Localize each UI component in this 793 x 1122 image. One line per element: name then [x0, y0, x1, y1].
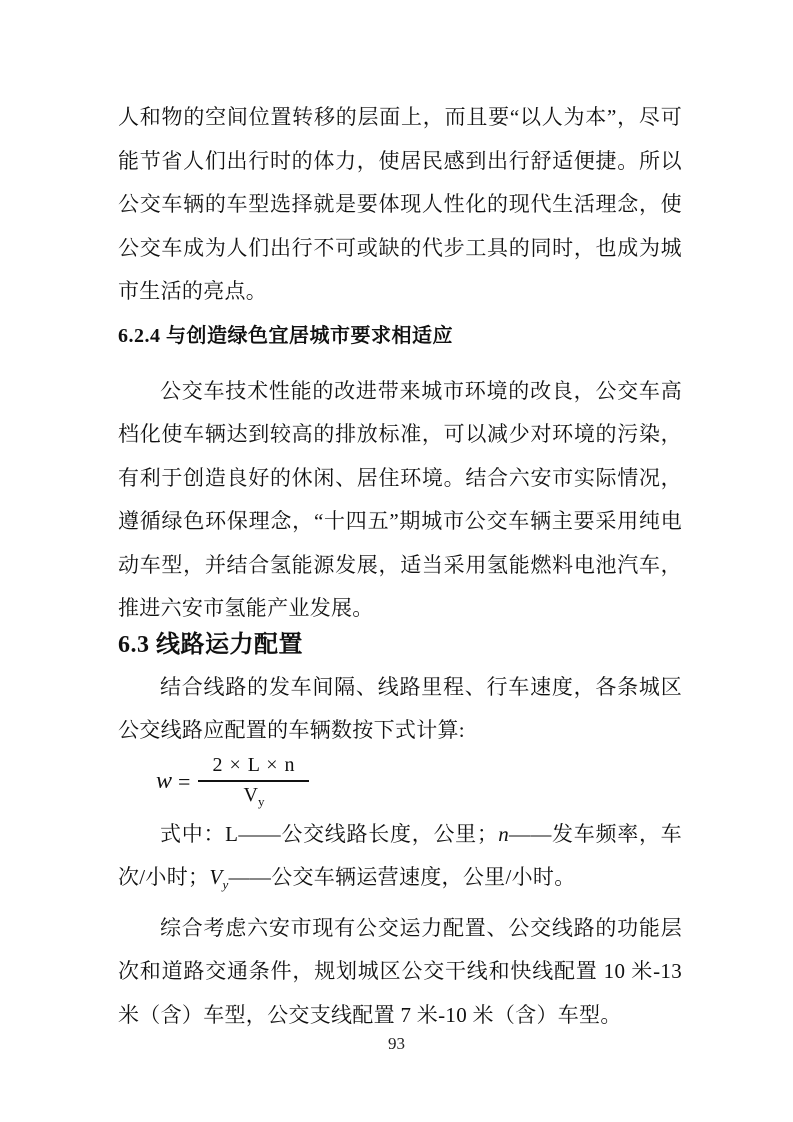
section-heading-63: 6.3 线路运力配置: [118, 628, 682, 662]
vehicle-count-formula: w = 2 × L × n Vy: [156, 755, 682, 809]
formula-numerator: 2 × L × n: [198, 754, 309, 782]
formula-denominator-subscript: y: [258, 794, 265, 809]
formula-fraction: 2 × L × n Vy: [198, 754, 309, 810]
formula-equals-sign: =: [178, 769, 190, 795]
formula-denominator-base: V: [243, 784, 257, 806]
paragraph-formula-intro: 结合线路的发车间隔、线路里程、行车速度，各条城区公交线路应配置的车辆数按下式计算…: [118, 666, 682, 753]
paragraph-section-624: 公交车技术性能的改进带来城市环境的改良，公交车高档化使车辆达到较高的排放标准，可…: [118, 370, 682, 631]
formula-variable-w: w: [156, 768, 172, 795]
legend-variable-v: V: [209, 865, 222, 889]
document-page: 人和物的空间位置转移的层面上，而且要“以人为本”，尽可能节省人们出行时的体力，使…: [0, 0, 793, 1122]
legend-variable-n: n: [498, 822, 509, 846]
page-content: 人和物的空间位置转移的层面上，而且要“以人为本”，尽可能节省人们出行时的体力，使…: [118, 96, 682, 1037]
page-number: 93: [0, 1034, 793, 1054]
section-heading-624: 6.2.4 与创造绿色宜居城市要求相适应: [118, 321, 682, 351]
formula-denominator: Vy: [198, 782, 309, 810]
legend-segment-3: ——公交车辆运营速度，公里/小时。: [229, 865, 576, 889]
paragraph-continuation: 人和物的空间位置转移的层面上，而且要“以人为本”，尽可能节省人们出行时的体力，使…: [118, 96, 682, 314]
formula-legend: 式中：L——公交线路长度，公里；n——发车频率，车次/小时；Vy——公交车辆运营…: [118, 813, 682, 907]
paragraph-closing: 综合考虑六安市现有公交运力配置、公交线路的功能层次和道路交通条件，规划城区公交干…: [118, 907, 682, 1038]
legend-segment-1: 式中：L——公交线路长度，公里；: [160, 822, 498, 846]
